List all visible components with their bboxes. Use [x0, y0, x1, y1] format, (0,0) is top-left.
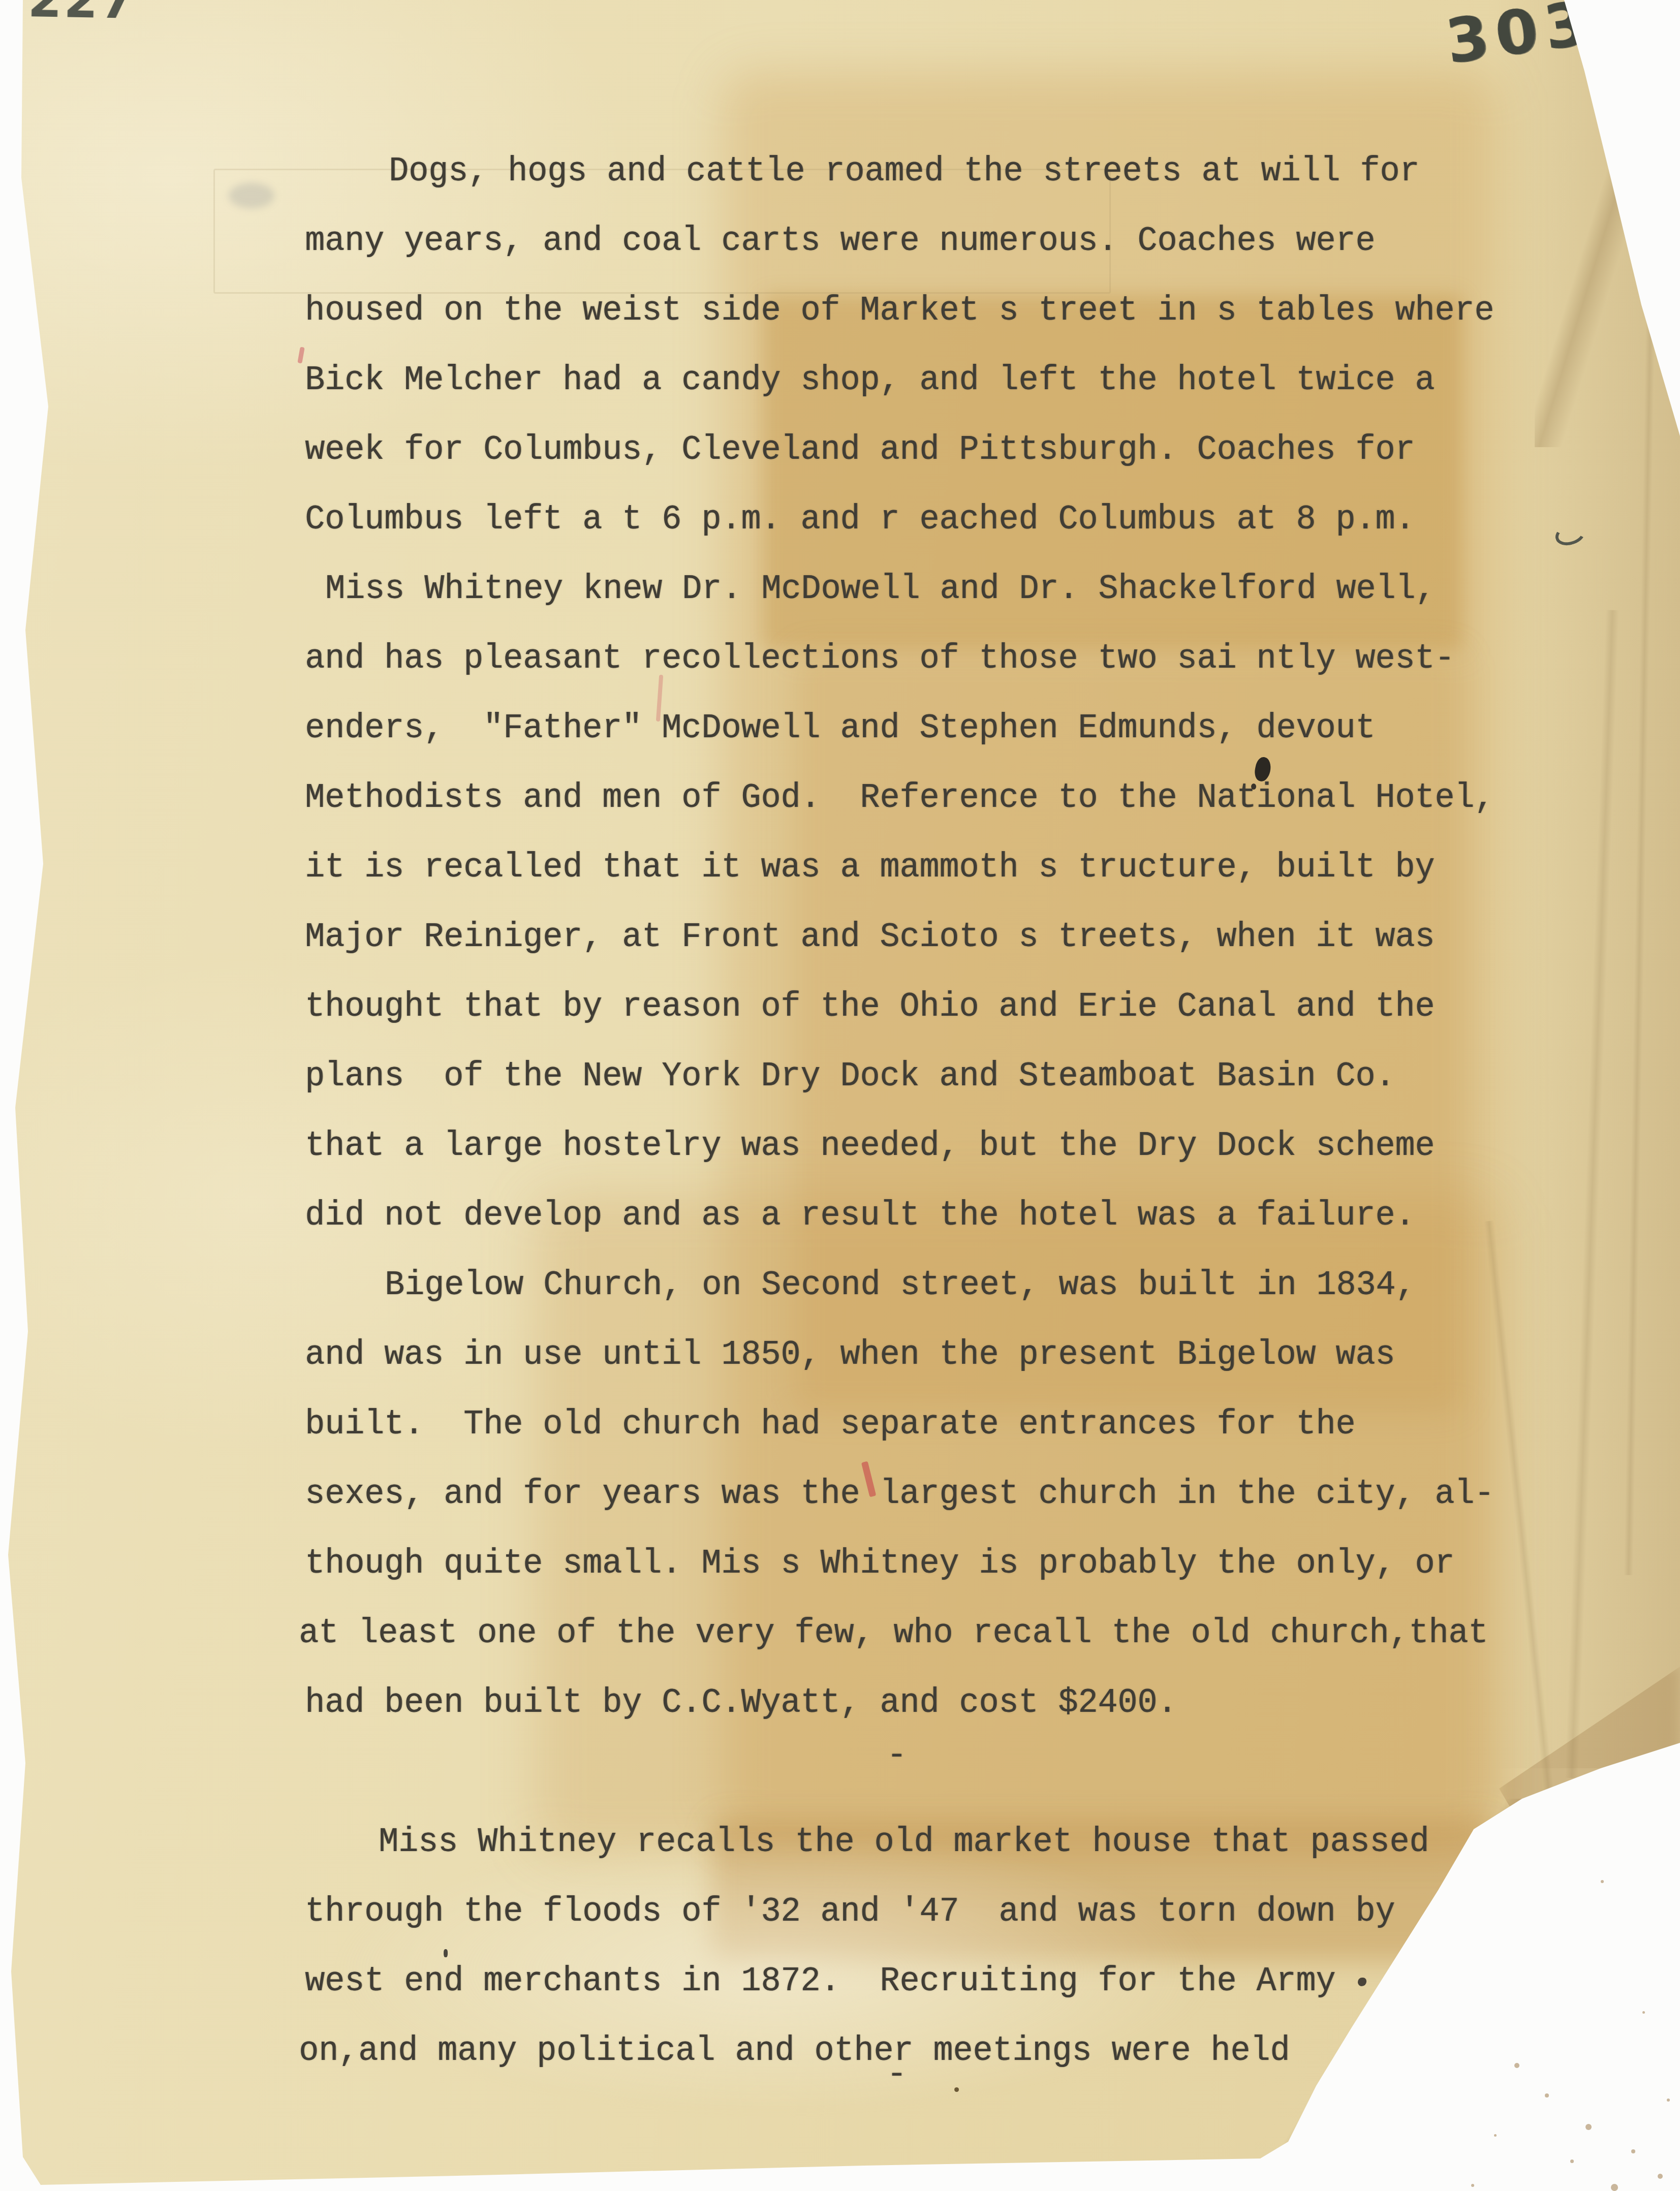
typed-line: Miss Whitney recalls the old market hous…: [379, 1825, 1429, 1859]
scanned-document-page: Dogs, hogs and cattle roamed the streets…: [0, 0, 1680, 2191]
typed-line: through the floods of '32 and '47 and wa…: [305, 1894, 1395, 1929]
typed-line: thought that by reason of the Ohio and E…: [305, 989, 1435, 1024]
dirt-speck: [1631, 2149, 1635, 2153]
paper-crease: [1484, 1220, 1555, 1803]
typed-line: built. The old church had separate entra…: [305, 1407, 1355, 1442]
typed-line: Methodists and men of God. Reference to …: [305, 780, 1494, 815]
typed-line: on,and many political and other meetings…: [299, 2033, 1290, 2068]
paper-sheet: Dogs, hogs and cattle roamed the streets…: [0, 0, 1680, 2191]
dirt-speck: [1601, 1880, 1604, 1883]
typed-line: west end merchants in 1872. Recruiting f…: [305, 1964, 1335, 1998]
typed-line: Dogs, hogs and cattle roamed the streets…: [389, 154, 1419, 189]
typed-dash: -: [887, 2057, 907, 2092]
typed-line: though quite small. Mis s Whitney is pro…: [305, 1546, 1454, 1581]
typed-dash: -: [887, 1738, 907, 1773]
dirt-speck: [1494, 2134, 1497, 2137]
dirt-speck: [1514, 2063, 1519, 2068]
typed-line: sexes, and for years was the largest chu…: [305, 1477, 1494, 1511]
paper-speck: [954, 2087, 959, 2092]
typed-line: Bick Melcher had a candy shop, and left …: [305, 363, 1435, 397]
typed-line: Bigelow Church, on Second street, was bu…: [385, 1268, 1415, 1302]
typed-line: housed on the weist side of Market s tre…: [305, 293, 1494, 328]
typed-line: enders, "Father" McDowell and Stephen Ed…: [305, 711, 1375, 745]
dirt-speck: [1667, 2099, 1670, 2102]
paper-crease: [1624, 152, 1658, 1575]
typed-line: at least one of the very few, who recall…: [299, 1616, 1488, 1650]
dirt-speck: [1658, 2174, 1663, 2179]
torn-flap-shadow: [1499, 1667, 1680, 1819]
typed-line: that a large hostelry was needed, but th…: [305, 1129, 1435, 1163]
page-number-handwritten-left: 227: [27, 0, 136, 30]
page-number-handwritten-right: 303: [1442, 0, 1599, 78]
typed-line: many years, and coal carts were numerous…: [305, 224, 1375, 258]
torn-word-remnant: [1358, 1978, 1366, 1986]
typed-line: and has pleasant recollections of those …: [305, 641, 1454, 676]
dirt-speck: [1585, 2124, 1592, 2130]
typed-line: Miss Whitney knew Dr. McDowell and Dr. S…: [325, 572, 1435, 606]
stray-type-mark: [444, 1949, 448, 1957]
typed-line: plans of the New York Dry Dock and Steam…: [305, 1059, 1395, 1093]
ink-blot-dot: [1251, 784, 1256, 790]
pen-check-mark: [1552, 520, 1588, 549]
gray-smudge: [229, 183, 274, 208]
typed-line: Columbus left a t 6 p.m. and r eached Co…: [305, 502, 1415, 537]
typed-line: it is recalled that it was a mammoth s t…: [305, 850, 1435, 885]
dirt-speck: [1611, 2184, 1618, 2191]
typed-line: had been built by C.C.Wyatt, and cost $2…: [305, 1685, 1177, 1720]
dirt-speck: [1545, 2093, 1549, 2098]
typed-line: and was in use until 1850, when the pres…: [305, 1337, 1395, 1372]
typed-line: did not develop and as a result the hote…: [305, 1198, 1415, 1233]
dirt-speck: [1471, 2184, 1474, 2187]
dirt-speck: [1570, 2159, 1574, 2163]
red-pencil-mark: [297, 347, 304, 363]
dirt-speck: [1642, 2011, 1645, 2014]
right-edge-shading: [1494, 0, 1680, 1768]
typed-line: week for Columbus, Cleveland and Pittsbu…: [305, 432, 1415, 467]
paper-crease: [1565, 610, 1619, 1778]
tear-edge-shadow-top-right: [1535, 0, 1680, 447]
typed-line: Major Reiniger, at Front and Scioto s tr…: [305, 920, 1435, 954]
